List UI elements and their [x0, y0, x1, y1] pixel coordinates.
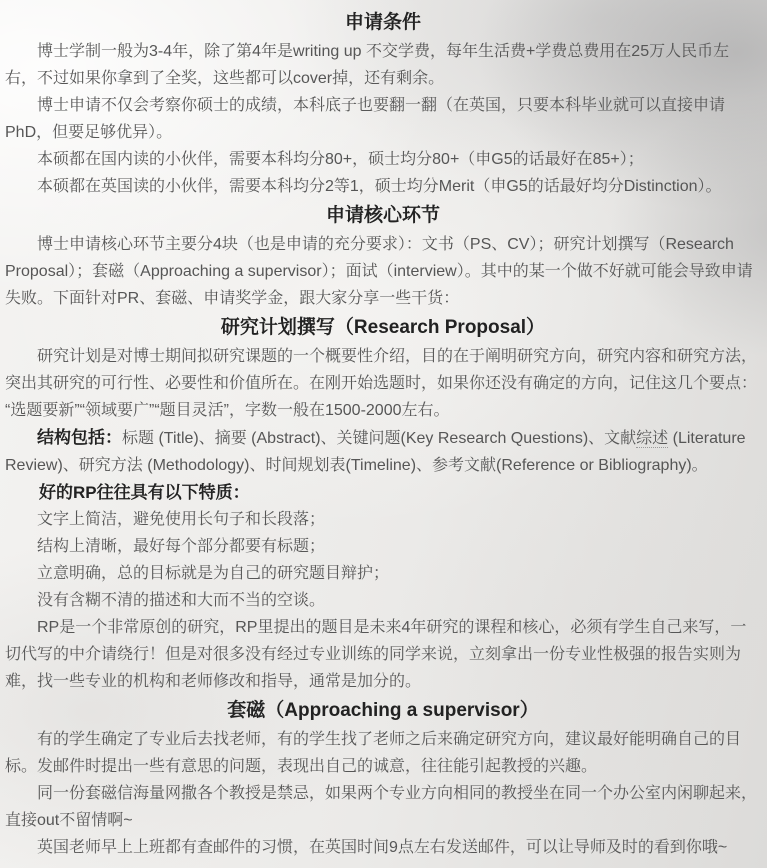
paragraph-domestic-gpa: 本硕都在国内读的小伙伴，需要本科均分80+，硕士均分80+（申G5的话最好在85…	[5, 146, 761, 173]
section-heading-approaching-supervisor: 套磁（Approaching a supervisor）	[5, 697, 761, 724]
paragraph-rp-structure: 结构包括：标题 (Title)、摘要 (Abstract)、关键问题(Key R…	[5, 424, 761, 479]
section-heading-research-proposal: 研究计划撰写（Research Proposal）	[5, 314, 761, 341]
paragraph-mass-email-taboo: 同一份套磁信海量网撒各个教授是禁忌，如果两个专业方向相同的教授坐在同一个办公室内…	[5, 780, 761, 834]
sub-heading-good-rp-traits: 好的RP往往具有以下特质：	[5, 479, 761, 506]
paragraph-rp-originality: RP是一个非常原创的研究，RP里提出的题目是未来4年研究的课程和核心，必须有学生…	[5, 614, 761, 695]
paragraph-rp-intro: 研究计划是对博士期间拟研究课题的一个概要性介绍，目的在于阐明研究方向，研究内容和…	[5, 343, 761, 424]
paragraph-uk-gpa: 本硕都在英国读的小伙伴，需要本科均分2等1，硕士均分Merit（申G5的话最好均…	[5, 173, 761, 200]
structure-list-underlined-term: 综述	[636, 430, 668, 448]
paragraph-lead-structure: 结构包括：	[37, 428, 122, 447]
paragraph-core-steps-overview: 博士申请核心环节主要分4块（也是申请的充分要求）：文书（PS、CV）；研究计划撰…	[5, 231, 761, 312]
section-heading-application-requirements: 申请条件	[5, 9, 761, 36]
paragraph-trait-clear-structure: 结构上清晰，最好每个部分都要有标题；	[5, 533, 761, 560]
paragraph-email-timing: 英国老师早上上班都有查邮件的习惯，在英国时间9点左右发送邮件，可以让导师及时的看…	[5, 834, 761, 861]
section-heading-core-steps: 申请核心环节	[5, 202, 761, 229]
paragraph-trait-concise: 文字上简洁，避免使用长句子和长段落；	[5, 506, 761, 533]
structure-list-before: 标题 (Title)、摘要 (Abstract)、关键问题(Key Resear…	[122, 430, 636, 447]
paragraph-trait-clear-intent: 立意明确，总的目标就是为自己的研究题目辩护；	[5, 560, 761, 587]
article-page: 申请条件 博士学制一般为3-4年，除了第4年是writing up 不交学费，每…	[0, 0, 767, 868]
paragraph-contact-strategy: 有的学生确定了专业后去找老师，有的学生找了老师之后来确定研究方向，建议最好能明确…	[5, 726, 761, 780]
paragraph-undergrad-record: 博士申请不仅会考察你硕士的成绩，本科底子也要翻一翻（在英国，只要本科毕业就可以直…	[5, 92, 761, 146]
paragraph-duration-cost: 博士学制一般为3-4年，除了第4年是writing up 不交学费，每年生活费+…	[5, 38, 761, 92]
paragraph-trait-no-vagueness: 没有含糊不清的描述和大而不当的空谈。	[5, 587, 761, 614]
